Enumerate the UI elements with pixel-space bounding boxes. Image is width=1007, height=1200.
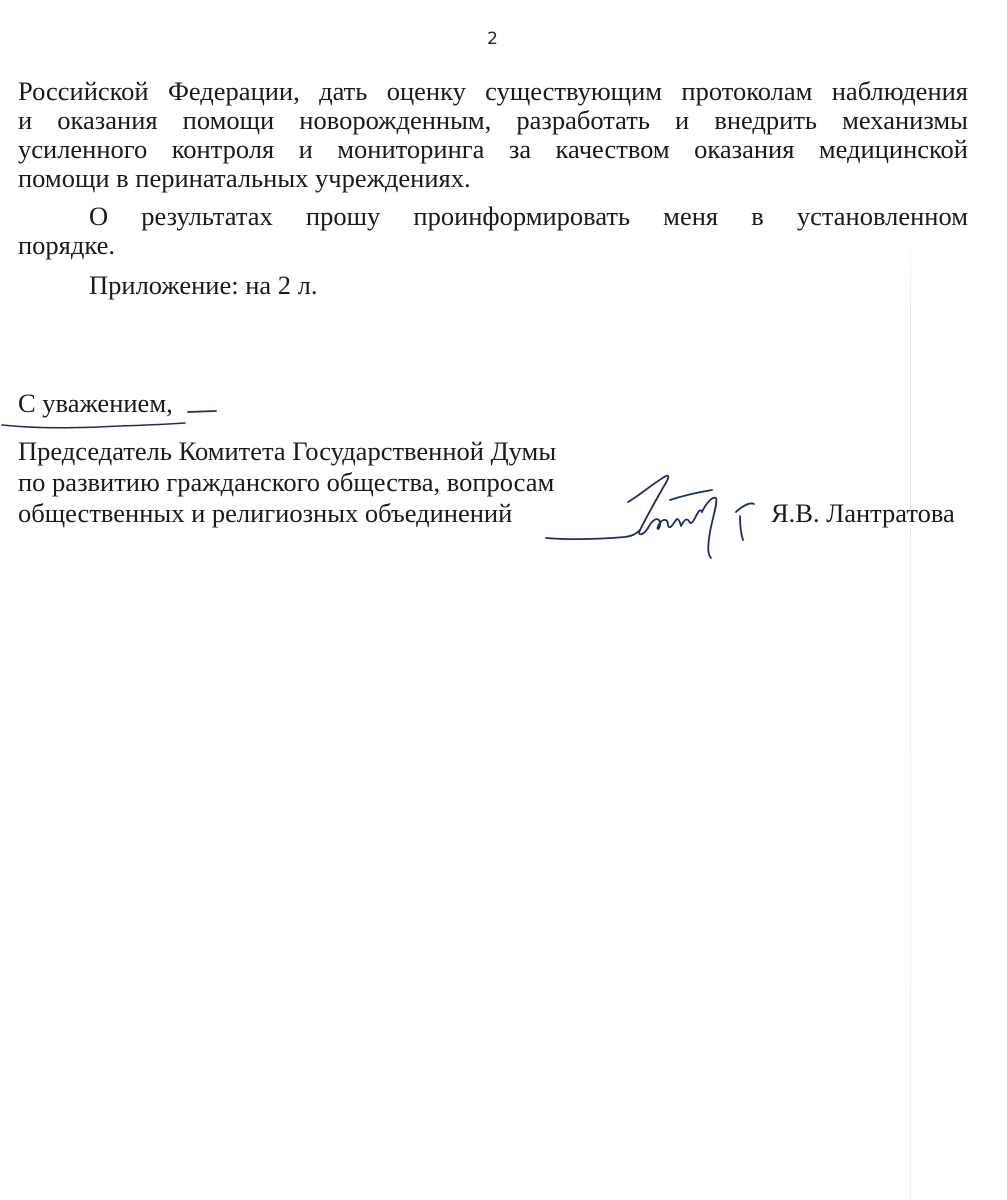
signatory-position: Председатель Комитета Государственной Ду… xyxy=(18,436,556,529)
page-number: 2 xyxy=(0,29,985,49)
position-line: общественных и религиозных объединений xyxy=(18,498,556,529)
position-line: Председатель Комитета Государственной Ду… xyxy=(18,436,556,467)
paragraph-line: и оказания помощи новорожденным, разрабо… xyxy=(18,106,968,135)
paragraph-line: усиленного контроля и мониторинга за кач… xyxy=(18,135,968,164)
scan-artifact-line xyxy=(910,230,911,1200)
handwritten-underline xyxy=(0,405,230,435)
position-line: по развитию гражданского общества, вопро… xyxy=(18,467,556,498)
attachment-note: Приложение: на 2 л. xyxy=(18,271,968,300)
paragraph-line: порядке. xyxy=(18,231,968,260)
body-paragraph-2: О результатах прошу проинформировать мен… xyxy=(18,202,968,260)
signatory-name: Я.В. Лантратова xyxy=(771,498,955,529)
paragraph-line: Российской Федерации, дать оценку сущест… xyxy=(18,77,968,106)
paragraph-line: помощи в перинатальных учреждениях. xyxy=(18,164,968,193)
paragraph-line: О результатах прошу проинформировать мен… xyxy=(18,202,968,231)
body-paragraph-1: Российской Федерации, дать оценку сущест… xyxy=(18,77,968,193)
handwritten-signature xyxy=(540,460,780,570)
